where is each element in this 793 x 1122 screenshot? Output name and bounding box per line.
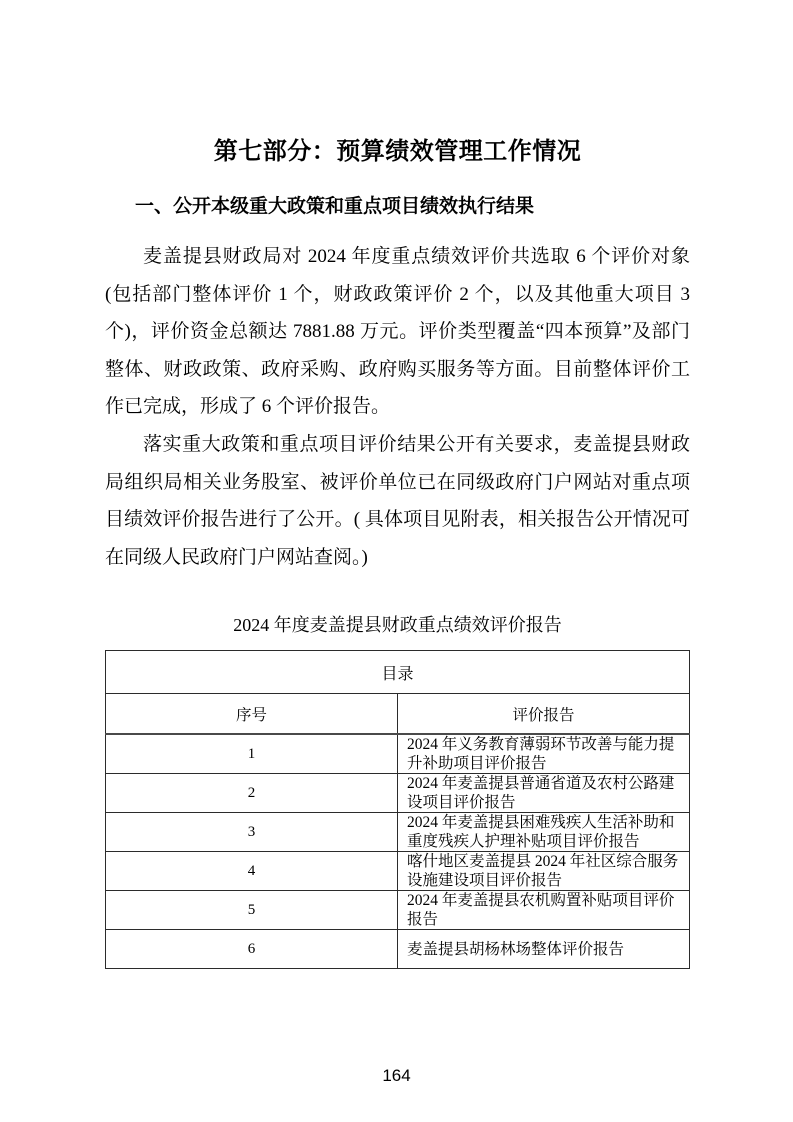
row-number-cell: 5 — [106, 891, 398, 930]
table-row: 4 喀什地区麦盖提县 2024 年社区综合服务设施建设项目评价报告 — [106, 852, 690, 891]
row-number-cell: 2 — [106, 774, 398, 813]
row-number-cell: 3 — [106, 813, 398, 852]
table-row: 3 2024 年麦盖提县困难残疾人生活补助和重度残疾人护理补贴项目评价报告 — [106, 813, 690, 852]
report-name-cell: 2024 年义务教育薄弱环节改善与能力提升补助项目评价报告 — [398, 734, 690, 774]
table-row: 2 2024 年麦盖提县普通省道及农村公路建设项目评价报告 — [106, 774, 690, 813]
report-name-cell: 喀什地区麦盖提县 2024 年社区综合服务设施建设项目评价报告 — [398, 852, 690, 891]
paragraph-disclosure-info: 落实重大政策和重点项目评价结果公开有关要求，麦盖提县财政局组织局相关业务股室、被… — [105, 426, 690, 576]
page-title: 第七部分：预算绩效管理工作情况 — [105, 0, 690, 170]
row-number-cell: 6 — [106, 930, 398, 969]
column-header-serial-number: 序号 — [106, 694, 398, 735]
page-content: 第七部分：预算绩效管理工作情况 一、公开本级重大政策和重点项目绩效执行结果 麦盖… — [105, 0, 690, 969]
column-header-report-name: 评价报告 — [398, 694, 690, 735]
row-number-cell: 1 — [106, 734, 398, 774]
report-name-cell: 2024 年麦盖提县农机购置补贴项目评价报告 — [398, 891, 690, 930]
document-page: 第七部分：预算绩效管理工作情况 一、公开本级重大政策和重点项目绩效执行结果 麦盖… — [0, 0, 793, 1122]
page-number: 164 — [0, 1066, 793, 1086]
table-row: 5 2024 年麦盖提县农机购置补贴项目评价报告 — [106, 891, 690, 930]
table-caption-row: 目录 — [106, 651, 690, 694]
table-caption-cell: 目录 — [106, 651, 690, 694]
paragraph-evaluation-overview: 麦盖提县财政局对 2024 年度重点绩效评价共选取 6 个评价对象(包括部门整体… — [105, 238, 690, 426]
row-number-cell: 4 — [106, 852, 398, 891]
table-row: 1 2024 年义务教育薄弱环节改善与能力提升补助项目评价报告 — [106, 734, 690, 774]
table-header-row: 序号 评价报告 — [106, 694, 690, 735]
report-name-cell: 2024 年麦盖提县困难残疾人生活补助和重度残疾人护理补贴项目评价报告 — [398, 813, 690, 852]
report-name-cell: 麦盖提县胡杨林场整体评价报告 — [398, 930, 690, 969]
table-row: 6 麦盖提县胡杨林场整体评价报告 — [106, 930, 690, 969]
report-name-cell: 2024 年麦盖提县普通省道及农村公路建设项目评价报告 — [398, 774, 690, 813]
report-table: 目录 序号 评价报告 1 2024 年义务教育薄弱环节改善与能力提升补助项目评价… — [105, 650, 690, 969]
section-heading: 一、公开本级重大政策和重点项目绩效执行结果 — [105, 192, 690, 222]
table-title: 2024 年度麦盖提县财政重点绩效评价报告 — [105, 612, 690, 638]
